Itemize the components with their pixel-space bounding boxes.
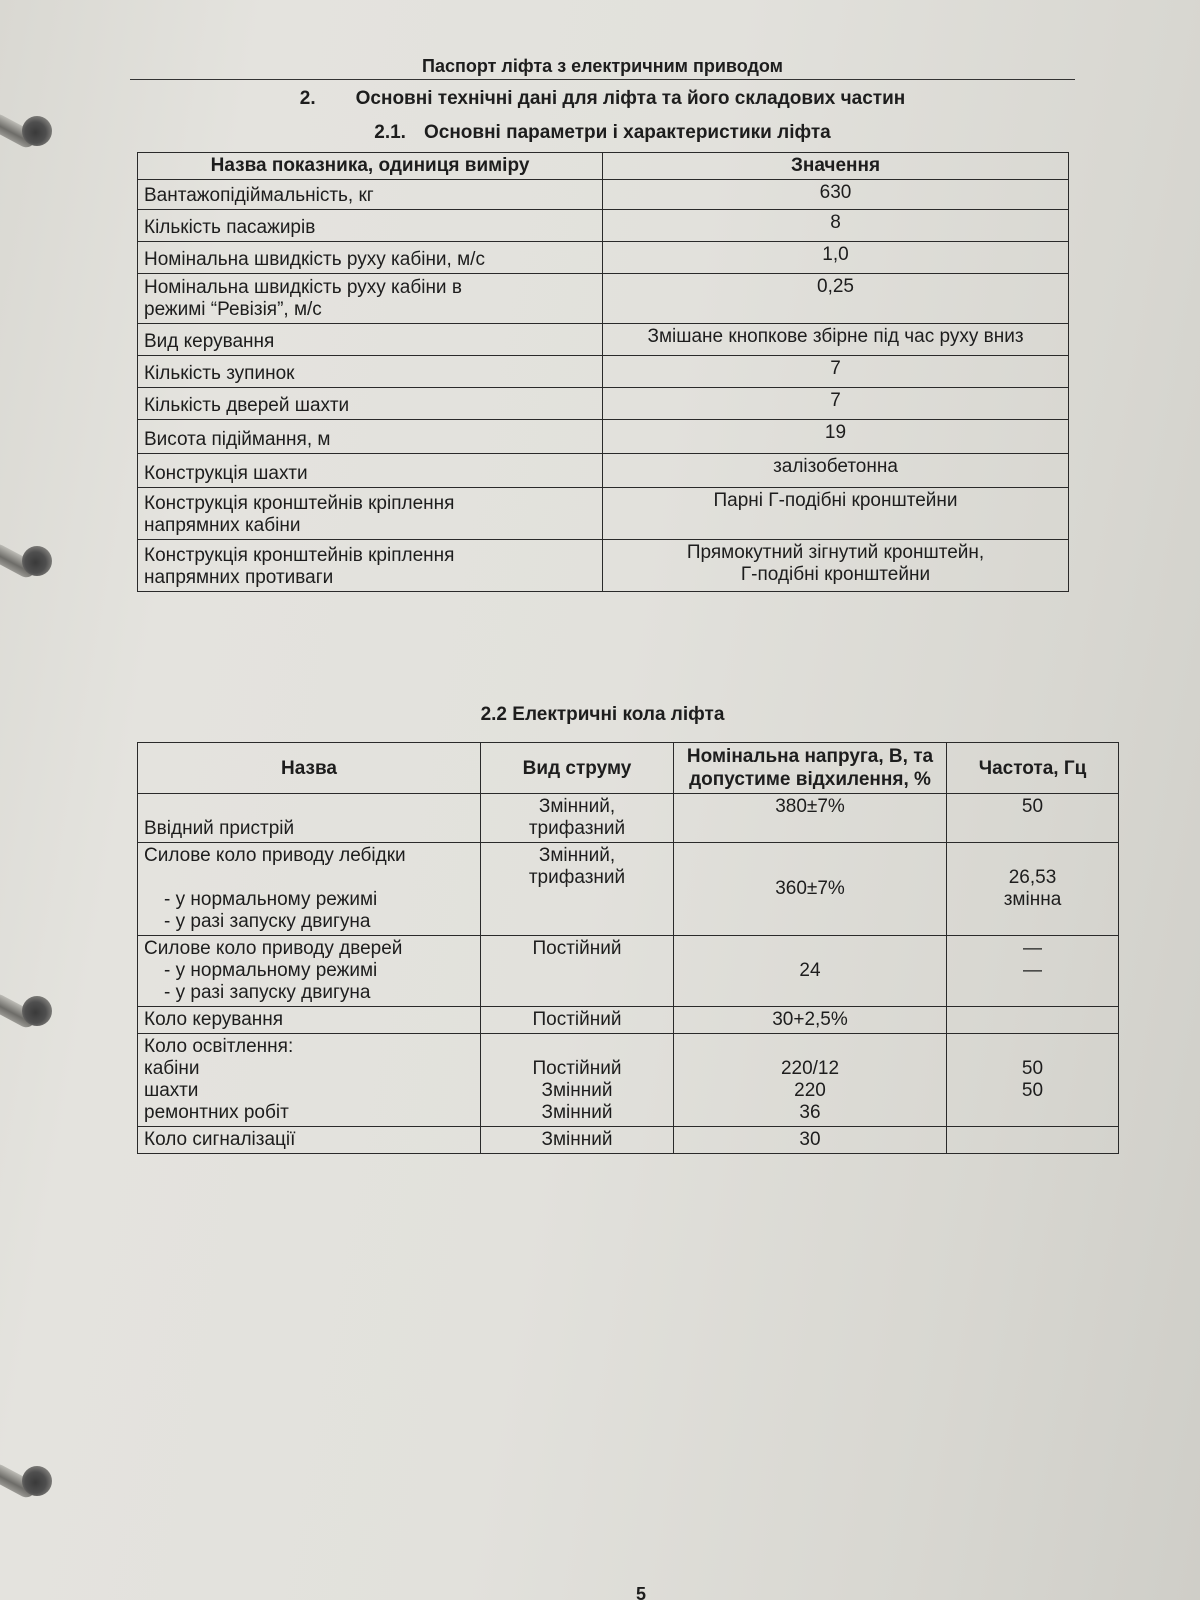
- table-row: Ввідний пристрійЗмінний,трифазний380±7%5…: [138, 794, 1119, 843]
- frequency: 26,53змінна: [947, 843, 1119, 936]
- parameter-name: Конструкція кронштейнів кріпленнянапрямн…: [138, 540, 603, 592]
- circuit-name-text: Силове коло приводу дверей: [144, 938, 474, 960]
- column-header: Вид струму: [481, 743, 674, 794]
- table-row: Кількість дверей шахти7: [138, 388, 1069, 420]
- subsection-title-1: 2.1.Основні параметри і характеристики л…: [130, 122, 1075, 144]
- nominal-voltage-line: 30: [680, 1129, 940, 1151]
- parameters-table: Назва показника, одиниця виміру Значення…: [137, 152, 1069, 592]
- current-type-line: Постійний: [487, 938, 667, 960]
- circuit-sub-item: - у нормальному режимі: [144, 960, 474, 982]
- circuit-name-text: Силове коло приводу лебідки: [144, 845, 474, 867]
- current-type-line: Змінний,: [487, 845, 667, 867]
- parameter-value-line: 1,0: [609, 244, 1062, 266]
- column-header: Частота, Гц: [947, 743, 1119, 794]
- parameter-name: Кількість дверей шахти: [138, 388, 603, 420]
- circuit-name-text: Ввідний пристрій: [144, 818, 474, 840]
- parameter-value: Прямокутний зігнутий кронштейн,Г-подібні…: [603, 540, 1069, 592]
- table-row: Коло сигналізаціїЗмінний30: [138, 1127, 1119, 1154]
- nominal-voltage-line: 360±7%: [680, 878, 940, 900]
- table-row: Силове коло приводу дверей- у нормальном…: [138, 936, 1119, 1007]
- nominal-voltage: 360±7%: [674, 843, 947, 936]
- circuit-name-text: Коло керування: [144, 1009, 474, 1031]
- parameter-value: 8: [603, 210, 1069, 242]
- spacer: [144, 867, 474, 889]
- current-type-line: Постійний: [487, 1009, 667, 1031]
- column-header: Значення: [603, 153, 1069, 180]
- circuit-name: Силове коло приводу дверей- у нормальном…: [138, 936, 481, 1007]
- frequency-line: 50: [953, 1080, 1112, 1102]
- nominal-voltage-line: 36: [680, 1102, 940, 1124]
- parameter-value: Змішане кнопкове збірне під час руху вни…: [603, 324, 1069, 356]
- parameter-name: Кількість зупинок: [138, 356, 603, 388]
- document-header: Паспорт ліфта з електричним приводом: [130, 56, 1075, 80]
- table-row: Номінальна швидкість руху кабіни, м/с1,0: [138, 242, 1069, 274]
- table-row: Коло керуванняПостійний30+2,5%: [138, 1007, 1119, 1034]
- parameter-value-line: 0,25: [609, 276, 1062, 298]
- circuit-name: Ввідний пристрій: [138, 794, 481, 843]
- frequency-line: —: [953, 960, 1112, 982]
- circuit-name-text: Коло сигналізації: [144, 1129, 474, 1151]
- table-row: Силове коло приводу лебідки - у нормальн…: [138, 843, 1119, 936]
- circuit-sub-item: - у разі запуску двигуна: [144, 982, 474, 1004]
- frequency: [947, 1007, 1119, 1034]
- parameter-name-line: Номінальна швидкість руху кабіни в: [144, 277, 596, 299]
- nominal-voltage-line: 220/12: [680, 1058, 940, 1080]
- current-type-line: Змінний: [487, 1080, 667, 1102]
- table-row: Конструкція кронштейнів кріпленнянапрямн…: [138, 540, 1069, 592]
- parameter-value-line: Змішане кнопкове збірне під час руху вни…: [609, 326, 1062, 348]
- circuit-name: Коло сигналізації: [138, 1127, 481, 1154]
- nominal-voltage-line: 380±7%: [680, 796, 940, 818]
- frequency-line: 50: [953, 1058, 1112, 1080]
- parameter-value-line: 630: [609, 182, 1062, 204]
- circuit-sub-item: шахти: [144, 1080, 474, 1102]
- frequency: [947, 1127, 1119, 1154]
- table-row: Конструкція шахтизалізобетонна: [138, 454, 1069, 488]
- parameter-value: 1,0: [603, 242, 1069, 274]
- current-type: Постійний: [481, 936, 674, 1007]
- parameter-value: 0,25: [603, 274, 1069, 324]
- parameter-name-line: Вид керування: [144, 331, 596, 353]
- nominal-voltage: 30+2,5%: [674, 1007, 947, 1034]
- current-type-line: трифазний: [487, 818, 667, 840]
- parameter-name-line: Висота підіймання, м: [144, 429, 596, 451]
- parameter-name: Вид керування: [138, 324, 603, 356]
- frequency-line: 50: [953, 796, 1112, 818]
- nominal-voltage: 220/1222036: [674, 1034, 947, 1127]
- subsection-title-2: 2.2 Електричні кола ліфта: [130, 704, 1075, 726]
- circuit-sub-item: - у нормальному режимі: [144, 889, 474, 911]
- parameter-value-line: 19: [609, 422, 1062, 444]
- table-row: Вид керуванняЗмішане кнопкове збірне під…: [138, 324, 1069, 356]
- nominal-voltage-line: 30+2,5%: [680, 1009, 940, 1031]
- column-header: Назва: [138, 743, 481, 794]
- circuit-name: Коло керування: [138, 1007, 481, 1034]
- current-type: Змінний,трифазний: [481, 794, 674, 843]
- table-row: Номінальна швидкість руху кабіни врежимі…: [138, 274, 1069, 324]
- table-row: Вантажопідіймальність, кг630: [138, 180, 1069, 210]
- current-type: Постійний: [481, 1007, 674, 1034]
- current-type-line: Змінний: [487, 1102, 667, 1124]
- nominal-voltage-line: 24: [680, 960, 940, 982]
- nominal-voltage-line: 220: [680, 1080, 940, 1102]
- column-header: Назва показника, одиниця виміру: [138, 153, 603, 180]
- frequency-line: змінна: [953, 889, 1112, 911]
- current-type-line: Змінний: [487, 1129, 667, 1151]
- parameter-name: Конструкція шахти: [138, 454, 603, 488]
- current-type-line: Змінний,: [487, 796, 667, 818]
- parameter-name-line: Вантажопідіймальність, кг: [144, 185, 596, 207]
- parameter-name: Висота підіймання, м: [138, 420, 603, 454]
- parameter-value: Парні Г-подібні кронштейни: [603, 488, 1069, 540]
- spacer: [953, 1036, 1112, 1058]
- parameter-value-line: 7: [609, 358, 1062, 380]
- current-type: ПостійнийЗміннийЗмінний: [481, 1034, 674, 1127]
- parameter-name-line: Конструкція кронштейнів кріплення: [144, 545, 596, 567]
- parameter-name-line: режимі “Ревізія”, м/с: [144, 299, 596, 321]
- circuit-sub-item: ремонтних робіт: [144, 1102, 474, 1124]
- circuit-name-text: Коло освітлення:: [144, 1036, 474, 1058]
- nominal-voltage: 24: [674, 936, 947, 1007]
- table-row: Кількість зупинок7: [138, 356, 1069, 388]
- current-type-line: трифазний: [487, 867, 667, 889]
- frequency: ——: [947, 936, 1119, 1007]
- column-header: Номінальна напруга, В, та допустиме відх…: [674, 743, 947, 794]
- parameter-name-line: Кількість пасажирів: [144, 217, 596, 239]
- current-type: Змінний,трифазний: [481, 843, 674, 936]
- parameter-value-line: Парні Г-подібні кронштейни: [609, 490, 1062, 512]
- parameter-name-line: Кількість дверей шахти: [144, 395, 596, 417]
- circuit-sub-item: кабіни: [144, 1058, 474, 1080]
- circuit-name: Коло освітлення:кабінишахтиремонтних роб…: [138, 1034, 481, 1127]
- frequency: 5050: [947, 1034, 1119, 1127]
- nominal-voltage: 380±7%: [674, 794, 947, 843]
- parameter-value: 630: [603, 180, 1069, 210]
- current-type: Змінний: [481, 1127, 674, 1154]
- frequency-line: —: [953, 938, 1112, 960]
- parameter-name: Номінальна швидкість руху кабіни врежимі…: [138, 274, 603, 324]
- table-row: Конструкція кронштейнів кріпленнянапрямн…: [138, 488, 1069, 540]
- current-type-line: Постійний: [487, 1058, 667, 1080]
- nominal-voltage: 30: [674, 1127, 947, 1154]
- parameter-value-line: Прямокутний зігнутий кронштейн,: [609, 542, 1062, 564]
- frequency-line: 26,53: [953, 867, 1112, 889]
- parameter-name-line: Конструкція кронштейнів кріплення: [144, 493, 596, 515]
- document-page: Паспорт ліфта з електричним приводом 2.О…: [0, 0, 1200, 1600]
- table-row: Висота підіймання, м19: [138, 420, 1069, 454]
- page-number: 5: [636, 1584, 646, 1600]
- parameter-name: Кількість пасажирів: [138, 210, 603, 242]
- frequency: 50: [947, 794, 1119, 843]
- parameter-value: залізобетонна: [603, 454, 1069, 488]
- parameter-name: Номінальна швидкість руху кабіни, м/с: [138, 242, 603, 274]
- parameter-name: Конструкція кронштейнів кріпленнянапрямн…: [138, 488, 603, 540]
- parameter-value: 7: [603, 356, 1069, 388]
- parameter-value-line: Г-подібні кронштейни: [609, 564, 1062, 586]
- parameter-name-line: Конструкція шахти: [144, 463, 596, 485]
- spacer: [680, 1036, 940, 1058]
- parameter-value: 7: [603, 388, 1069, 420]
- spacer: [487, 1036, 667, 1058]
- parameter-name-line: Кількість зупинок: [144, 363, 596, 385]
- electric-circuits-table: Назва Вид струму Номінальна напруга, В, …: [137, 742, 1119, 1154]
- table-row: Кількість пасажирів8: [138, 210, 1069, 242]
- parameter-value: 19: [603, 420, 1069, 454]
- parameter-name: Вантажопідіймальність, кг: [138, 180, 603, 210]
- parameter-name-line: напрямних кабіни: [144, 515, 596, 537]
- parameter-name-line: напрямних противаги: [144, 567, 596, 589]
- parameter-value-line: залізобетонна: [609, 456, 1062, 478]
- table-row: Коло освітлення:кабінишахтиремонтних роб…: [138, 1034, 1119, 1127]
- section-title: 2.Основні технічні дані для ліфта та йог…: [130, 88, 1075, 110]
- circuit-sub-item: - у разі запуску двигуна: [144, 911, 474, 933]
- parameter-name-line: Номінальна швидкість руху кабіни, м/с: [144, 249, 596, 271]
- circuit-name: Силове коло приводу лебідки - у нормальн…: [138, 843, 481, 936]
- parameter-value-line: 7: [609, 390, 1062, 412]
- parameter-value-line: 8: [609, 212, 1062, 234]
